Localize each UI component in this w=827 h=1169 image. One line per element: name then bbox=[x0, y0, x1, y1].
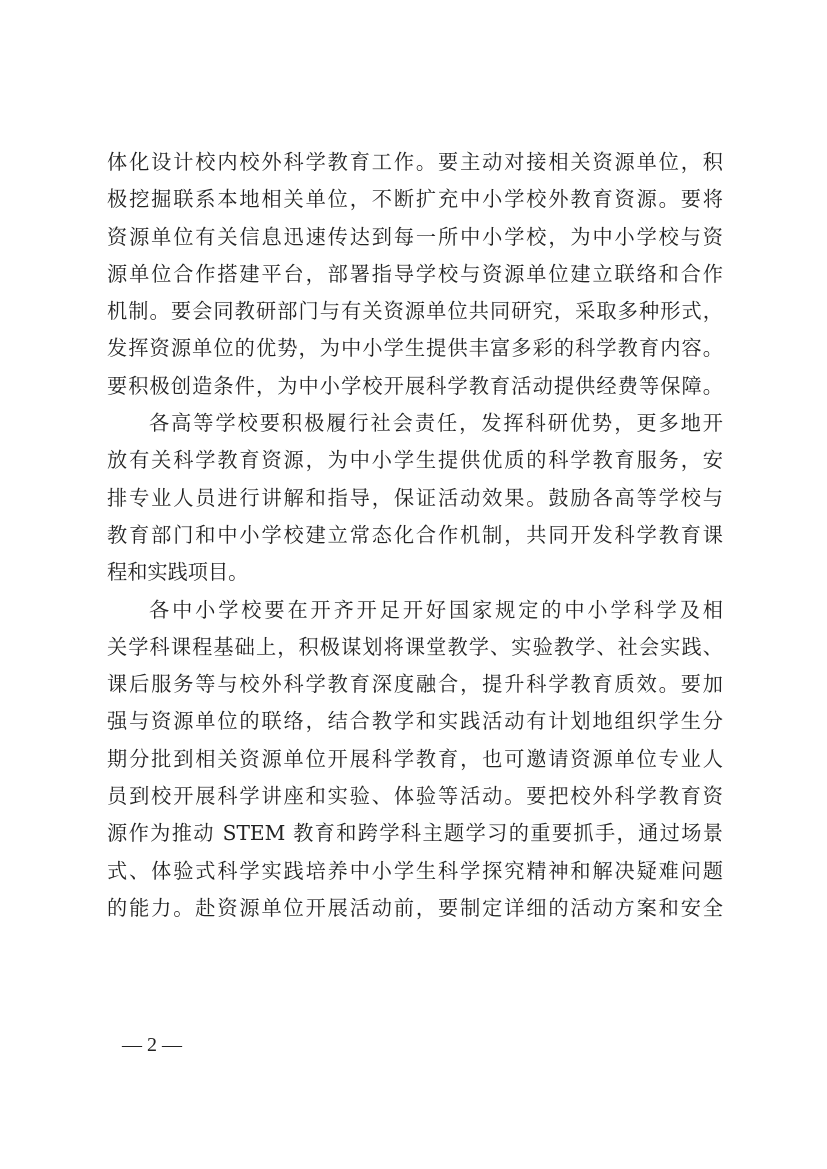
text-line: 源作为推动 STEM 教育和跨学科主题学习的重要抓手，通过场景 bbox=[107, 815, 723, 852]
text-line: 放有关科学教育资源，为中小学生提供优质的科学教育服务，安 bbox=[107, 442, 723, 479]
text-line: 发挥资源单位的优势，为中小学生提供丰富多彩的科学教育内容。 bbox=[107, 330, 723, 367]
text-line: 程和实践项目。 bbox=[107, 554, 723, 591]
text-line: 体化设计校内校外科学教育工作。要主动对接相关资源单位，积 bbox=[107, 144, 723, 181]
text-line: 各中小学校要在开齐开足开好国家规定的中小学科学及相 bbox=[107, 592, 723, 629]
text-line: 排专业人员进行讲解和指导，保证活动效果。鼓励各高等学校与 bbox=[107, 480, 723, 517]
text-line: 各高等学校要积极履行社会责任，发挥科研优势，更多地开 bbox=[107, 405, 723, 442]
text-line: 式、体验式科学实践培养中小学生科学探究精神和解决疑难问题 bbox=[107, 853, 723, 890]
text-line: 员到校开展科学讲座和实验、体验等活动。要把校外科学教育资 bbox=[107, 778, 723, 815]
text-line: 期分批到相关资源单位开展科学教育，也可邀请资源单位专业人 bbox=[107, 741, 723, 778]
text-line: 极挖掘联系本地相关单位，不断扩充中小学校外教育资源。要将 bbox=[107, 181, 723, 218]
text-line: 课后服务等与校外科学教育深度融合，提升科学教育质效。要加 bbox=[107, 666, 723, 703]
text-line: 教育部门和中小学校建立常态化合作机制，共同开发科学教育课 bbox=[107, 517, 723, 554]
text-line: 的能力。赴资源单位开展活动前，要制定详细的活动方案和安全 bbox=[107, 890, 723, 927]
text-line: 关学科课程基础上，积极谋划将课堂教学、实验教学、社会实践、 bbox=[107, 629, 723, 666]
document-body: 体化设计校内校外科学教育工作。要主动对接相关资源单位，积 极挖掘联系本地相关单位… bbox=[107, 144, 723, 927]
page-number: — 2 — bbox=[122, 1034, 182, 1057]
text-line: 资源单位有关信息迅速传达到每一所中小学校，为中小学校与资 bbox=[107, 219, 723, 256]
text-line: 要积极创造条件，为中小学校开展科学教育活动提供经费等保障。 bbox=[107, 368, 723, 405]
text-line: 强与资源单位的联络，结合教学和实践活动有计划地组织学生分 bbox=[107, 703, 723, 740]
text-line: 机制。要会同教研部门与有关资源单位共同研究，采取多种形式， bbox=[107, 293, 723, 330]
document-page: 体化设计校内校外科学教育工作。要主动对接相关资源单位，积 极挖掘联系本地相关单位… bbox=[0, 0, 827, 1169]
text-line: 源单位合作搭建平台，部署指导学校与资源单位建立联络和合作 bbox=[107, 256, 723, 293]
